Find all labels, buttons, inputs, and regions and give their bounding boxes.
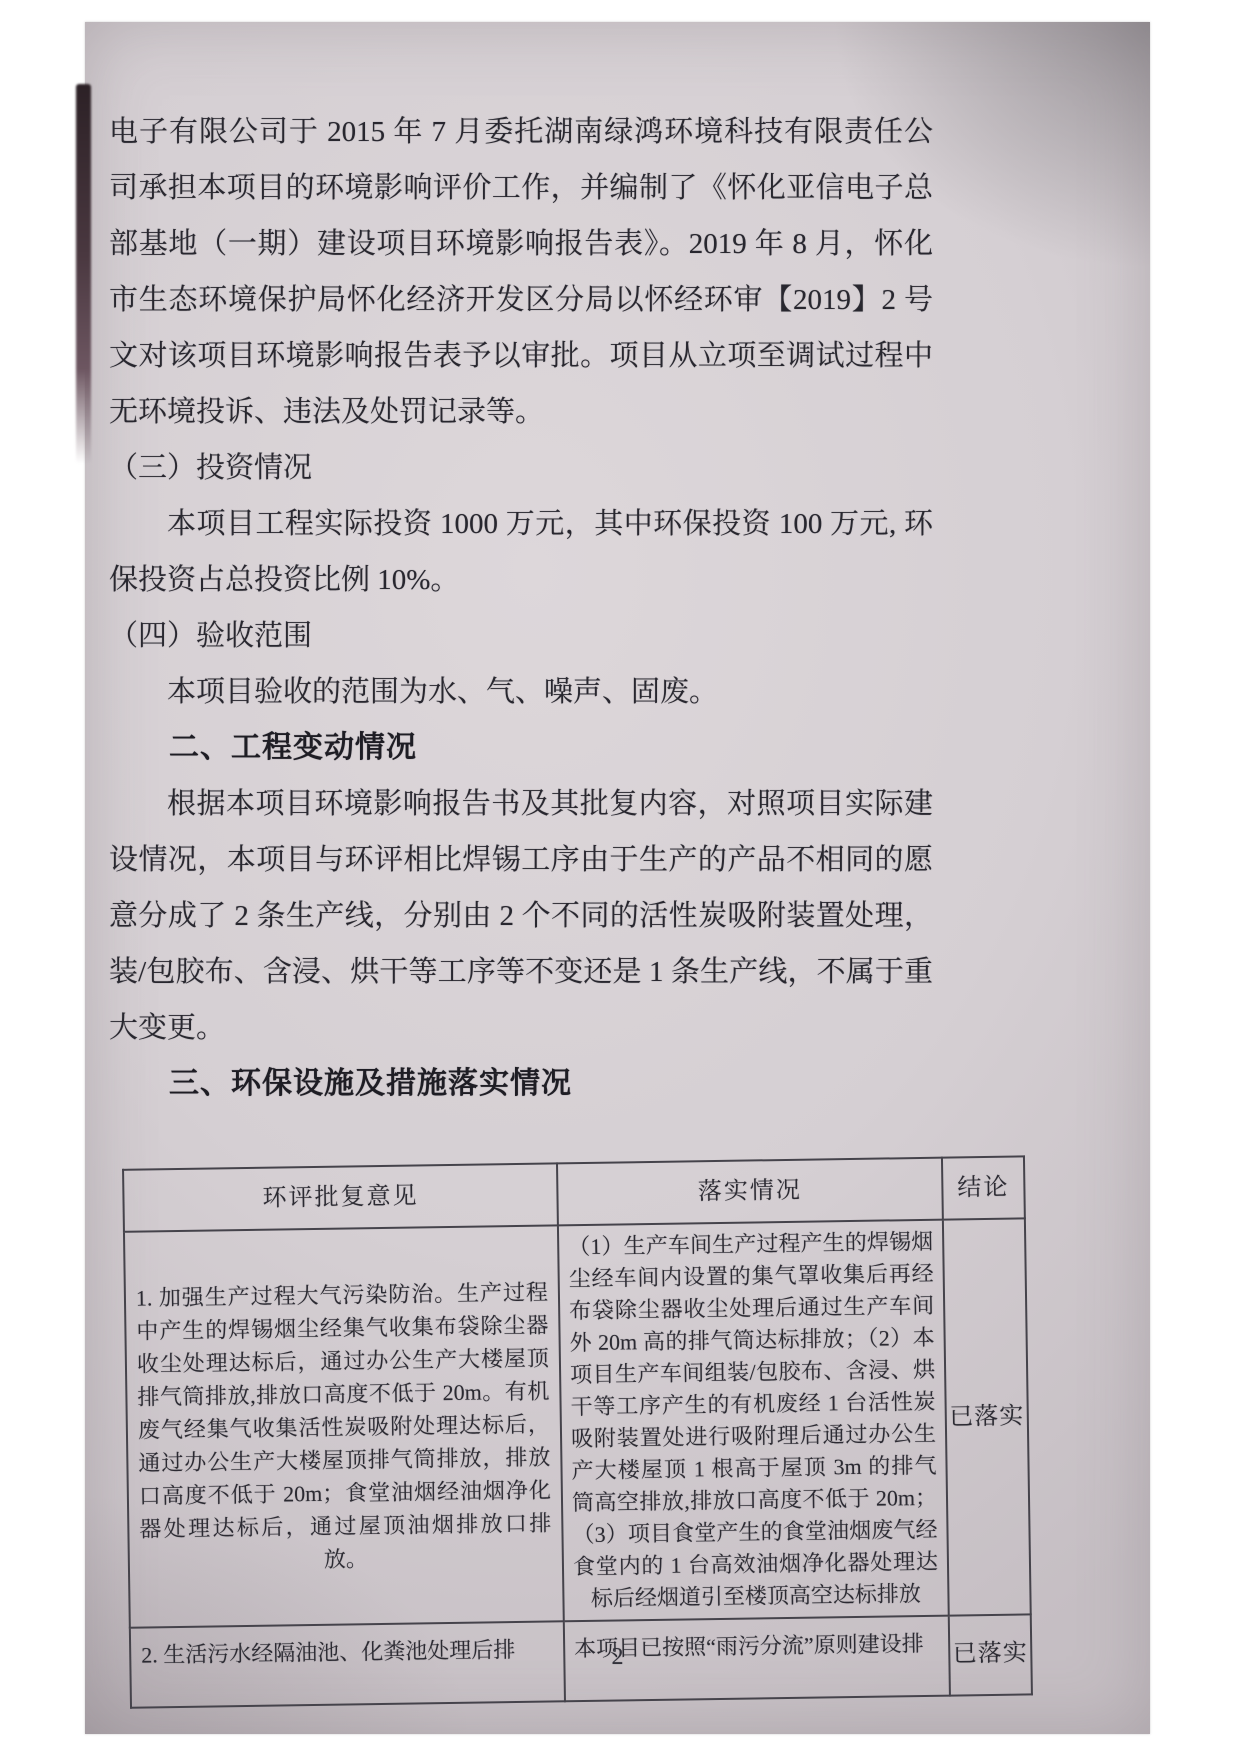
paragraph-acceptance-scope: 本项目验收的范围为水、气、噪声、固废。	[109, 664, 933, 720]
env-measures-table-wrapper: 环评批复意见 落实情况 结论 1. 加强生产过程大气污染防治。生产过程中产生的焊…	[122, 1157, 937, 1709]
heading-investment: （三）投资情况	[109, 440, 933, 496]
column-header-conclusion: 结论	[942, 1156, 1025, 1219]
cell-implementation-1: （1）生产车间生产过程产生的焊锡烟尘经车间内设置的集气罩收集后再经布袋除尘器收尘…	[558, 1220, 949, 1622]
scanned-page: 电子有限公司于 2015 年 7 月委托湖南绿鸿环境科技有限责任公司承担本项目的…	[85, 22, 1150, 1734]
cell-conclusion-1: 已落实	[943, 1218, 1031, 1615]
page-number: 2	[85, 1644, 1150, 1671]
column-header-eia-opinion: 环评批复意见	[123, 1163, 558, 1231]
paragraph-project-changes: 根据本项目环境影响报告书及其批复内容，对照项目实际建设情况，本项目与环评相比焊锡…	[109, 776, 933, 1056]
paragraph-investment: 本项目工程实际投资 1000 万元，其中环保投资 100 万元, 环保投资占总投…	[109, 496, 933, 608]
cell-opinion-1: 1. 加强生产过程大气污染防治。生产过程中产生的焊锡烟尘经集气收集布袋除尘器收尘…	[124, 1225, 564, 1627]
document-body: 电子有限公司于 2015 年 7 月委托湖南绿鸿环境科技有限责任公司承担本项目的…	[109, 22, 933, 1704]
scan-edge-shadow-left	[76, 84, 91, 464]
section-heading-env-measures: 三、环保设施及措施落实情况	[109, 1056, 933, 1112]
paragraph-intro: 电子有限公司于 2015 年 7 月委托湖南绿鸿环境科技有限责任公司承担本项目的…	[109, 22, 933, 440]
column-header-implementation: 落实情况	[557, 1158, 943, 1226]
heading-acceptance-scope: （四）验收范围	[109, 608, 933, 664]
section-heading-project-changes: 二、工程变动情况	[109, 720, 933, 776]
table-row: 1. 加强生产过程大气污染防治。生产过程中产生的焊锡烟尘经集气收集布袋除尘器收尘…	[124, 1218, 1031, 1627]
env-measures-table: 环评批复意见 落实情况 结论 1. 加强生产过程大气污染防治。生产过程中产生的焊…	[122, 1155, 1033, 1708]
